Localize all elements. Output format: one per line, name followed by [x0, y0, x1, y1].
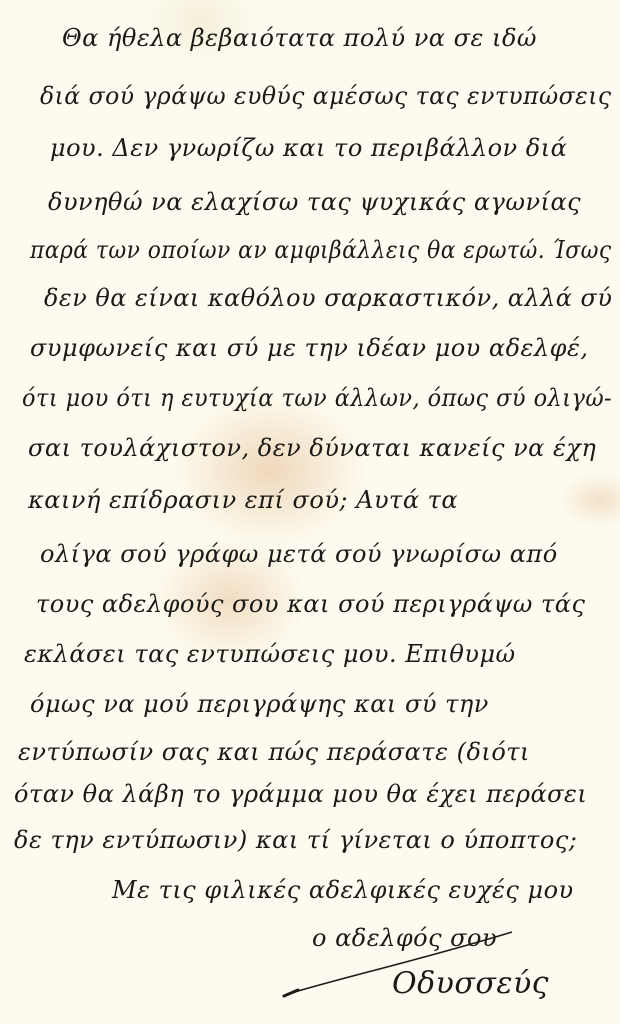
closing-salutation: Με τις φιλικές αδελφικές ευχές μου [112, 876, 574, 904]
letter-line-3: μου. Δεν γνωρίζω και το περιβάλλον διά [50, 134, 567, 162]
letter-line-8: ότι μου ότι η ευτυχία των άλλων, όπως σύ… [22, 384, 612, 412]
letter-line-10: καινή επίδρασιν επί σού; Αυτά τα [28, 486, 458, 514]
letter-line-2: διά σού γράψω ευθύς αμέσως τας εντυπώσει… [40, 82, 612, 110]
letter-line-7: συμφωνείς και σύ με την ιδέαν μου αδελφέ… [30, 334, 588, 362]
letter-line-5: παρά των οποίων αν αμφιβάλλεις θα ερωτώ.… [30, 236, 612, 264]
signature-flourish-icon [280, 930, 520, 1000]
letter-line-15: εντύπωσίν σας και πώς περάσατε (διότι [18, 738, 530, 766]
letter-line-9: σαι τουλάχιστον, δεν δύναται κανείς να έ… [28, 434, 596, 462]
letter-line-1: Θα ήθελα βεβαιότατα πολύ να σε ιδώ [62, 24, 537, 52]
letter-line-11: ολίγα σού γράφω μετά σού γνωρίσω από [40, 540, 558, 568]
letter-paper: Θα ήθελα βεβαιότατα πολύ να σε ιδώ διά σ… [0, 0, 620, 1024]
letter-line-6: δεν θα είναι καθόλου σαρκαστικόν, αλλά σ… [44, 284, 612, 312]
letter-line-13: εκλάσει τας εντυπώσεις μου. Επιθυμώ [24, 640, 516, 668]
letter-line-12: τους αδελφούς σου και σού περιγράψω τάς [36, 590, 585, 618]
letter-line-4: δυνηθώ να ελαχίσω τας ψυχικάς αγωνίας [48, 188, 581, 216]
letter-line-14: όμως να μού περιγράψης και σύ την [30, 690, 489, 718]
letter-line-16: όταν θα λάβη το γράμμα μου θα έχει περάσ… [14, 780, 587, 808]
letter-line-17: δε την εντύπωσιν) και τί γίνεται ο ύποπτ… [14, 826, 577, 854]
